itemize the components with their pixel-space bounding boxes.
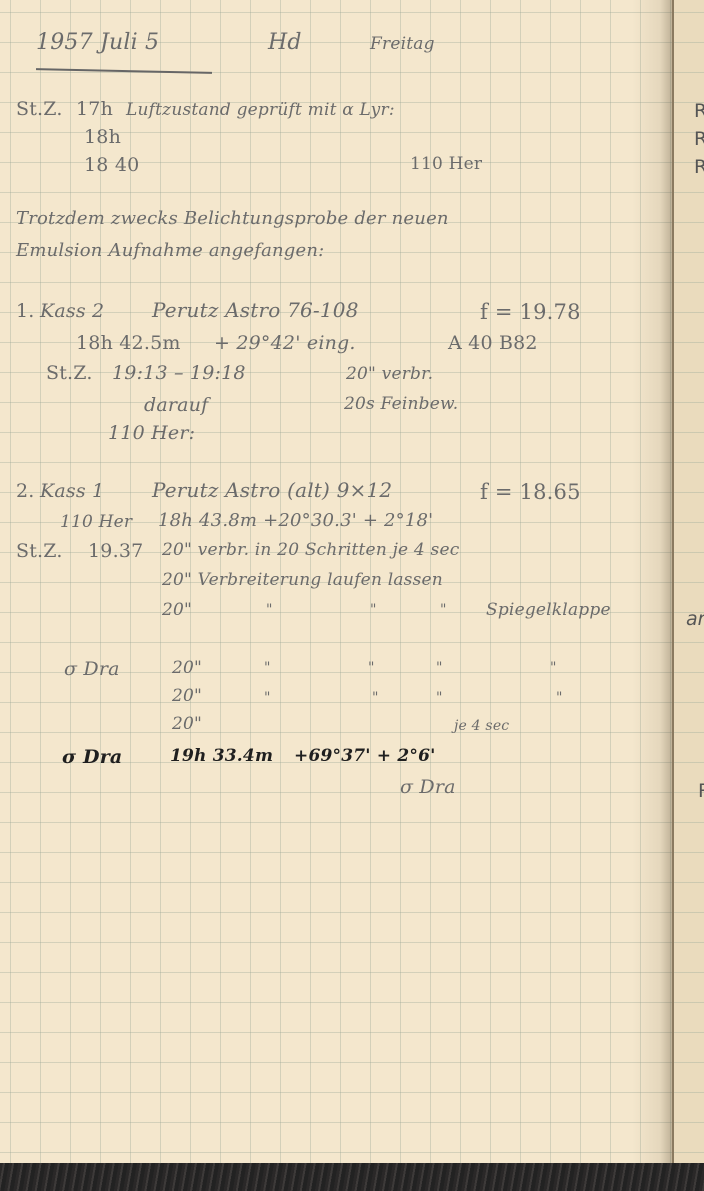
facing-letter: R (694, 100, 704, 122)
exposure-1-exp-1: 20" verbr. (346, 364, 433, 384)
exposure-2-plate: Perutz Astro (alt) 9×12 (152, 478, 392, 502)
exposure-2-focus: f = 18.65 (480, 480, 581, 504)
exposure-1-dec: + 29°42' eing. (214, 332, 356, 354)
sigma-dra-ra: 19h 33.4m (170, 746, 273, 766)
exposure-2-coords: 18h 43.8m +20°30.3' + 2°18' (158, 510, 433, 531)
spiegel-row-exp: 20" (162, 600, 192, 620)
sigma-dra-label: σ Dra (64, 658, 120, 680)
exposure-1-star: 110 Her: (108, 422, 195, 444)
exposure-1-then: darauf (144, 394, 208, 416)
exposure-2-st-label: St.Z. (16, 540, 63, 562)
star-110-her: 110 Her (410, 154, 482, 174)
exposure-1-ab: A 40 B82 (448, 332, 538, 354)
facing-letter: R (694, 156, 704, 178)
exposure-1-number: 1. (16, 300, 35, 322)
facing-page-edge: R R R an R (672, 0, 704, 1163)
exposure-2-line-1: 20" verbr. in 20 Schritten je 4 sec (162, 540, 459, 560)
time-17h: 17h (76, 98, 113, 120)
ditto-mark: " (440, 602, 447, 618)
notebook-binding (0, 1163, 704, 1191)
intro-line-2: Emulsion Aufnahme angefangen: (16, 240, 324, 261)
entry-date: 1957 Juli 5 (36, 30, 159, 55)
ditto-mark: " (264, 690, 271, 706)
time-18h: 18h (84, 126, 121, 148)
sigma-row-3-exp: 20" (172, 714, 202, 734)
weekday: Freitag (370, 34, 435, 54)
exposure-1-cassette: Kass 2 (40, 300, 104, 322)
exposure-2-line-2: 20" Verbreiterung laufen lassen (162, 570, 443, 590)
exposure-2-time: 19.37 (88, 540, 143, 562)
ditto-mark: " (550, 660, 557, 676)
ditto-mark: " (368, 660, 375, 676)
sigma-dra-below: σ Dra (400, 776, 456, 798)
ditto-mark: " (264, 660, 271, 676)
ditto-mark: " (370, 602, 377, 618)
sigma-dra-coords-star: σ Dra (62, 746, 122, 768)
ditto-mark: " (556, 690, 563, 706)
intro-line-1: Trotzdem zwecks Belichtungsprobe der neu… (16, 208, 449, 229)
sky-check-note: Luftzustand geprüft mit α Lyr: (126, 100, 395, 120)
date-underline (36, 68, 212, 74)
ditto-mark: " (266, 602, 273, 618)
exposure-1-time-range: 19:13 – 19:18 (112, 362, 246, 384)
time-18-40: 18 40 (84, 154, 139, 176)
spiegel-note: Spiegelklappe (486, 600, 611, 620)
sigma-row-2-exp: 20" (172, 686, 202, 706)
sigma-dra-dec: +69°37' + 2°6' (294, 746, 436, 766)
sidereal-time-label: St.Z. (16, 98, 63, 120)
exposure-1-exp-2: 20s Feinbew. (344, 394, 458, 414)
je-4-sec-note: je 4 sec (454, 718, 509, 734)
exposure-2-cassette: Kass 1 (40, 480, 104, 502)
ditto-mark: " (372, 690, 379, 706)
ditto-mark: " (436, 690, 443, 706)
sigma-row-1-exp: 20" (172, 658, 202, 678)
exposure-2-star: 110 Her (60, 512, 132, 532)
ditto-mark: " (436, 660, 443, 676)
observer-initials: Hd (268, 30, 302, 55)
notebook-page: 1957 Juli 5 Hd Freitag St.Z. 17h Luftzus… (0, 0, 672, 1163)
exposure-1-plate: Perutz Astro 76-108 (152, 298, 359, 322)
exposure-1-focus: f = 19.78 (480, 300, 581, 324)
facing-letter: R (694, 128, 704, 150)
exposure-1-st-label: St.Z. (46, 362, 93, 384)
exposure-1-ra: 18h 42.5m (76, 332, 181, 354)
facing-fragment: R (698, 780, 704, 802)
exposure-2-number: 2. (16, 480, 35, 502)
facing-fragment: an (686, 608, 704, 630)
